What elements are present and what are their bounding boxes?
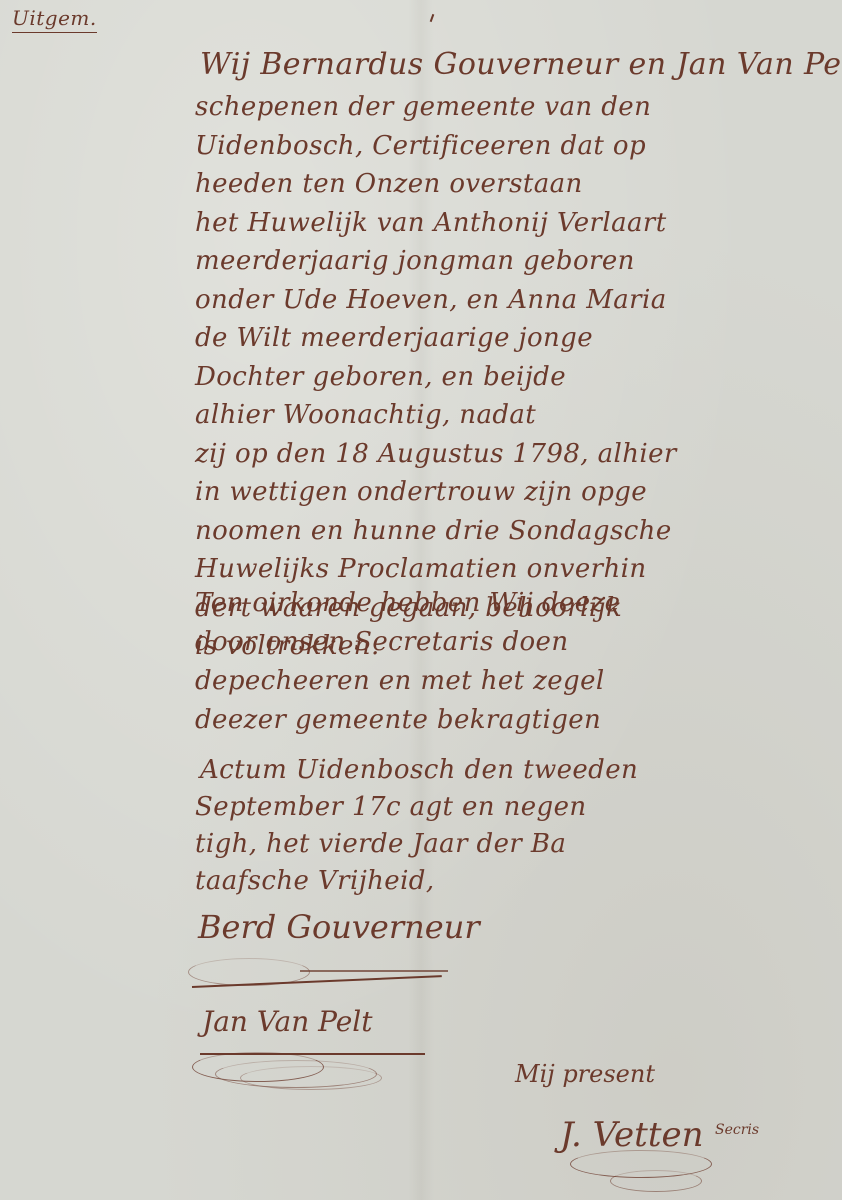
text-line: in wettigen ondertrouw zijn opge	[195, 473, 835, 512]
text-line: taafsche Vrijheid,	[195, 863, 638, 900]
attestation-text: Mij present	[515, 1060, 655, 1088]
text-line: onder Ude Hoeven, en Anna Maria	[195, 281, 835, 320]
signature-flourish	[610, 1170, 702, 1192]
text-line: schepenen der gemeente van den	[195, 88, 835, 127]
text-line: Wij Bernardus Gouverneur en Jan Van Pelt	[195, 42, 835, 88]
text-line: Dochter geboren, en beijde	[195, 358, 835, 397]
text-line: de Wilt meerderjaarige jonge	[195, 319, 835, 358]
signature-secretary: J. Vetten	[560, 1115, 704, 1155]
certificate-paragraph-2: Ten oirkonde hebben Wij deeze door onsen…	[195, 584, 620, 740]
text-line: door onsen Secretaris doen	[195, 623, 620, 662]
text-line: Actum Uidenbosch den tweeden	[195, 752, 638, 789]
marginal-note: Uitgem.	[12, 6, 97, 33]
signature-flourish	[300, 970, 448, 972]
secretary-title: Secris	[715, 1122, 759, 1138]
text-line: noomen en hunne drie Sondagsche	[195, 512, 835, 551]
text-line: deezer gemeente bekragtigen	[195, 701, 620, 740]
signature-flourish	[240, 1066, 382, 1090]
text-line: meerderjaarig jongman geboren	[195, 242, 835, 281]
text-line: heeden ten Onzen overstaan	[195, 165, 835, 204]
text-line: Ten oirkonde hebben Wij deeze	[195, 584, 620, 623]
text-line: Huwelijks Proclamatien onverhin	[195, 550, 835, 589]
text-line: zij op den 18 Augustus 1798, alhier	[195, 435, 835, 474]
certificate-paragraph-1: Wij Bernardus Gouverneur en Jan Van Pelt…	[195, 42, 835, 666]
text-line: depecheeren en met het zegel	[195, 662, 620, 701]
text-line: Uidenbosch, Certificeeren dat op	[195, 127, 835, 166]
text-line: tigh, het vierde Jaar der Ba	[195, 826, 638, 863]
signature-gouverneur: Berd Gouverneur	[198, 908, 480, 946]
text-line: alhier Woonachtig, nadat	[195, 396, 835, 435]
certificate-paragraph-3: Actum Uidenbosch den tweeden September 1…	[195, 752, 638, 900]
text-line: het Huwelijk van Anthonij Verlaart	[195, 204, 835, 243]
signature-flourish	[188, 958, 310, 986]
signature-van-pelt: Jan Van Pelt	[202, 1005, 373, 1038]
text-line: September 17c agt en negen	[195, 789, 638, 826]
